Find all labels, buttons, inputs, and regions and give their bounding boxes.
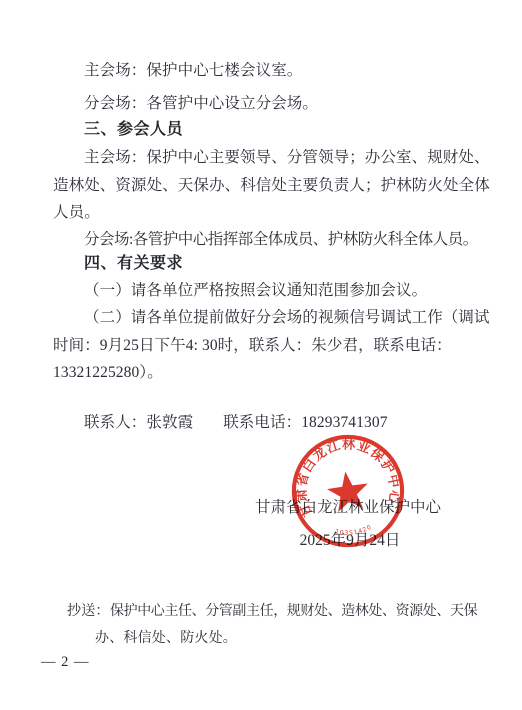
attendees-line-3: 人员。 [53,203,493,223]
page-number: — 2 — [41,654,90,671]
cc-label: 抄送： [67,600,110,620]
venue-main-line: 主会场：保护中心七楼会议室。 [53,61,522,81]
requirement-item-2-line-3: 13321225280）。 [53,363,493,383]
requirements-heading: 四、有关要求 [53,254,522,274]
contact-person: 联系人：张敦霞 [84,413,193,433]
attendees-line-2: 造林处、资源处、天保办、科信处主要负责人；护林防火处全体 [53,176,493,196]
venue-branch-line: 分会场：各管护中心设立分会场。 [53,94,522,114]
requirement-item-1: （一）请各单位严格按照会议通知范围参加会议。 [53,281,522,301]
requirement-item-2-line-2: 时间：9月25日下午4: 30时，联系人：朱少君，联系电话： [53,336,493,356]
attendees-line-1: 主会场：保护中心主要领导、分管领导；办公室、规财处、 [53,148,522,168]
attendees-branch-line: 分会场:各管护中心指挥部全体成员、护林防火科全体人员。 [53,230,522,250]
cc-line-1: 保护中心主任、分管副主任，规财处、造林处、资源处、天保 [110,600,477,620]
signature-date: 2025年9月24日 [280,528,420,550]
attendees-heading: 三、参会人员 [53,120,522,140]
contact-line: 联系人：张敦霞 联系电话：18293741307 [53,413,522,433]
requirement-item-2-line-1: （二）请各单位提前做好分会场的视频信号调试工作（调试 [53,308,522,328]
contact-phone: 联系电话：18293741307 [223,413,387,433]
cc-line-2: 办、科信处、防火处。 [95,627,237,647]
signature-org: 甘肃省白龙江林业保护中心 [255,495,441,517]
document-page: 主会场：保护中心七楼会议室。 分会场：各管护中心设立分会场。 三、参会人员 主会… [0,0,522,710]
